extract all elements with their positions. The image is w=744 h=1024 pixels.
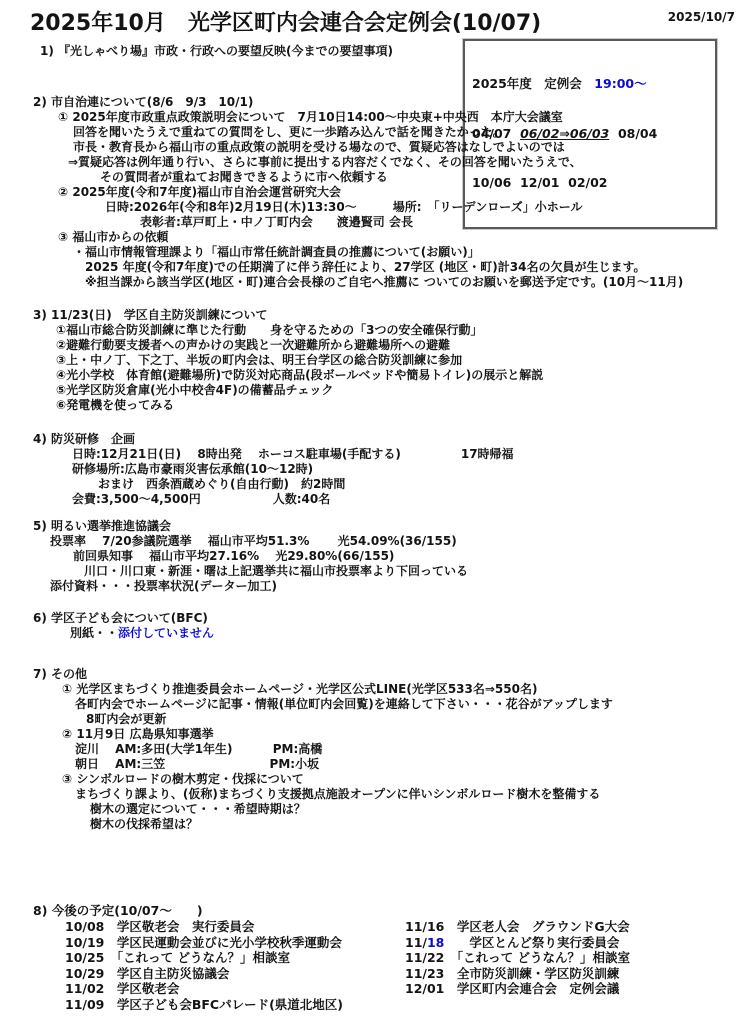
schedule-row-4-right: 11/23 全市防災訓練・学区防災訓練: [372, 966, 744, 982]
section-3-item-6: ⑥発電機を使ってみる: [0, 398, 744, 413]
section-7-item-1: ① 光学区まちづくり推進委員会ホームページ・光学区公式LINE(光学区533名⇒…: [0, 682, 744, 697]
section-1-heading: 1) 『光しゃべり場』市政・行政への要望反映(今までの要望事項): [0, 44, 744, 59]
schedule-box-time: 19:00～: [594, 76, 646, 91]
schedule-row-4-left: 10/29 学区自主防災協議会: [0, 966, 372, 982]
section-3-item-4: ④光小学校 体育館(避難場所)で防災対応商品(段ボールベッドや簡易トイレ)の展示…: [0, 368, 744, 383]
document-date: 2025/10/7: [668, 10, 735, 24]
schedule-row-6-left: 11/09 学区子ども会BFCパレード(県道北地区): [0, 997, 372, 1013]
schedule-row-2-right-text: 学区とんど祭り実行委員会: [444, 935, 619, 950]
section-5-item-4: 添付資料・・・投票率状況(データー加工): [0, 579, 744, 594]
section-4-item-1: 日時:12月21日(日) 8時出発 ホーコス駐車場(手配する) 17時帰福: [0, 447, 744, 462]
section-4-item-3: おまけ 西条酒蔵めぐり(自由行動) 約2時間: [0, 477, 744, 492]
section-7-item-7: ③ シンボルロードの樹木剪定・伐採について: [0, 772, 744, 787]
section-2-item-8: 表彰者:草戸町上・中ノ丁町内会 渡邉賢司 会長: [0, 215, 744, 230]
section-5-item-1: 投票率 7/20参議院選挙 福山市平均51.3% 光54.09%(36/155): [0, 534, 744, 549]
section-7-item-5: 淀川 AM:多田(大学1年生) PM:高橋: [0, 742, 744, 757]
section-2-item-10: ・福山市情報管理課より「福山市常任統計調査員の推薦について(お願い)」: [0, 245, 744, 260]
schedule-row: 10/25 「これって どうなん？」相談室 11/22 「これって どうなん？」…: [0, 950, 744, 966]
section-8: 8) 今後の予定(10/07～ ) 10/08 学区敬老会 実行委員会 11/1…: [0, 902, 744, 1012]
schedule-row: 10/29 学区自主防災協議会 11/23 全市防災訓練・学区防災訓練: [0, 966, 744, 982]
section-7-item-9: 樹木の選定について・・・希望時期は？: [0, 802, 744, 817]
section-8-heading: 8) 今後の予定(10/07～ ): [0, 902, 744, 919]
section-7-item-8: まちづくり課より、(仮称)まちづくり支援拠点施設オープンに伴いシンボルロード樹木…: [0, 787, 744, 802]
section-7-item-2: 各町内会でホームページに記事・情報(単位町内会回覧)を連絡して下さい・・・花谷が…: [0, 697, 744, 712]
schedule-row-1-left: 10/08 学区敬老会 実行委員会: [0, 919, 372, 935]
schedule-row-2-right: 11/18 学区とんど祭り実行委員会: [372, 935, 744, 951]
section-2-item-11: 2025 年度(令和7年度)での任期満了に伴う辞任により、27学区 (地区・町)…: [0, 260, 744, 275]
section-7-item-6: 朝日 AM:三笠 PM:小坂: [0, 757, 744, 772]
section-3-item-1: ①福山市総合防災訓練に準じた行動 身を守るための「3つの安全確保行動」: [0, 323, 744, 338]
schedule-row-6-right: [372, 997, 744, 1013]
section-5-item-2: 前回県知事 福山市平均27.16% 光29.80%(66/155): [0, 549, 744, 564]
section-5-heading: 5) 明るい選挙推進協議会: [0, 519, 744, 534]
section-5: 5) 明るい選挙推進協議会 投票率 7/20参議院選挙 福山市平均51.3% 光…: [0, 519, 744, 594]
schedule-row-1-right: 11/16 学区老人会 グラウンドG大会: [372, 919, 744, 935]
section-6: 6) 学区子ども会について(BFC) 別紙・・添付していません: [0, 611, 744, 641]
schedule-row-5-left: 11/02 学区敬老会: [0, 981, 372, 997]
schedule-row-3-left: 10/25 「これって どうなん？」相談室: [0, 950, 372, 966]
section-5-item-3: 川口・川口東・新涯・曙は上記選挙共に福山市投票率より下回っている: [0, 564, 744, 579]
document-page: 2025年10月 光学区町内会連合会定例会(10/07) 2025/10/7 2…: [0, 0, 744, 1024]
schedule-row: 10/08 学区敬老会 実行委員会 11/16 学区老人会 グラウンドG大会: [0, 919, 744, 935]
section-2-item-1: ① 2025年度市政重点政策説明会について 7月10日14:00～中央東+中央西…: [0, 110, 744, 125]
section-2-item-4: ⇒質疑応答は例年通り行い、さらに事前に提出する内容だくでなく、その回答を聞いたう…: [0, 155, 744, 170]
schedule-row: 11/02 学区敬老会 12/01 学区町内会連合会 定例会議: [0, 981, 744, 997]
section-6-heading: 6) 学区子ども会について(BFC): [0, 611, 744, 626]
schedule-row-3-right: 11/22 「これって どうなん？」相談室: [372, 950, 744, 966]
section-7-item-10: 樹木の伐採希望は？: [0, 817, 744, 832]
section-2-item-12: ※担当課から該当学区(地区・町)連合会長様のご自宅へ推薦に ついてのお願いを郵送…: [0, 275, 744, 290]
schedule-row: 11/09 学区子ども会BFCパレード(県道北地区): [0, 997, 744, 1013]
section-2: 2) 市自治連について(8/6 9/3 10/1) ① 2025年度市政重点政策…: [0, 95, 744, 290]
section-7-item-4: ② 11月9日 広島県知事選挙: [0, 727, 744, 742]
section-7-item-3: 8町内会が更新: [0, 712, 744, 727]
section-6-note: 別紙・・添付していません: [0, 626, 744, 641]
section-2-item-2: 回答を聞いたうえで重ねての質問をし、更に一歩踏み込んで話を聞きたかった。: [0, 125, 744, 140]
section-4-item-4: 会費:3,500～4,500円 人数:40名: [0, 492, 744, 507]
section-6-note-prefix: 別紙・・: [70, 626, 118, 640]
section-7: 7) その他 ① 光学区まちづくり推進委員会ホームページ・光学区公式LINE(光…: [0, 667, 744, 832]
section-7-heading: 7) その他: [0, 667, 744, 682]
section-3-item-2: ②避難行動要支援者への声かけの実践と一次避難所から避難場所への避難: [0, 338, 744, 353]
section-2-item-9: ③ 福山市からの依頼: [0, 230, 744, 245]
section-2-item-3: 市長・教育長から福山市の重点政策の説明を受ける場なので、質疑応答はなしでよいので…: [0, 140, 744, 155]
schedule-box-line1: 2025年度 定例会 19:00～: [472, 76, 708, 93]
section-4-heading: 4) 防災研修 企画: [0, 432, 744, 447]
section-3-item-5: ⑤光学区防災倉庫(光小中校舎4F)の備蓄品チェック: [0, 383, 744, 398]
schedule-row-2-right-date-blue: 18: [427, 935, 444, 950]
section-3-item-3: ③上・中ノ丁、下之丁、半坂の町内会は、明王台学区の総合防災訓練に参加: [0, 353, 744, 368]
section-3-heading: 3) 11/23(日) 学区自主防災訓練について: [0, 308, 744, 323]
section-4-item-2: 研修場所:広島市豪雨災害伝承館(10～12時): [0, 462, 744, 477]
schedule-row: 10/19 学区民運動会並びに光小学校秋季運動会 11/18 学区とんど祭り実行…: [0, 935, 744, 951]
section-2-item-5: その質問者が重ねてお聞きできるように市へ依頼する: [0, 170, 744, 185]
schedule-row-5-right: 12/01 学区町内会連合会 定例会議: [372, 981, 744, 997]
section-2-item-6: ② 2025年度(令和7年度)福山市自治会運営研究大会: [0, 185, 744, 200]
page-title: 2025年10月 光学区町内会連合会定例会(10/07): [30, 6, 541, 37]
section-1: 1) 『光しゃべり場』市政・行政への要望反映(今までの要望事項): [0, 44, 744, 59]
section-6-note-blue: 添付していません: [118, 626, 214, 640]
section-2-item-7: 日時:2026年(令和8年)2月19日(木)13:30～ 場所: 「リーデンロー…: [0, 200, 744, 215]
section-4: 4) 防災研修 企画 日時:12月21日(日) 8時出発 ホーコス駐車場(手配す…: [0, 432, 744, 507]
schedule-row-2-left: 10/19 学区民運動会並びに光小学校秋季運動会: [0, 935, 372, 951]
schedule-box-year-label: 2025年度 定例会: [472, 76, 594, 91]
section-3: 3) 11/23(日) 学区自主防災訓練について ①福山市総合防災訓練に準じた行…: [0, 308, 744, 413]
schedule-row-2-right-date: 11/: [405, 935, 427, 950]
section-2-heading: 2) 市自治連について(8/6 9/3 10/1): [0, 95, 744, 110]
